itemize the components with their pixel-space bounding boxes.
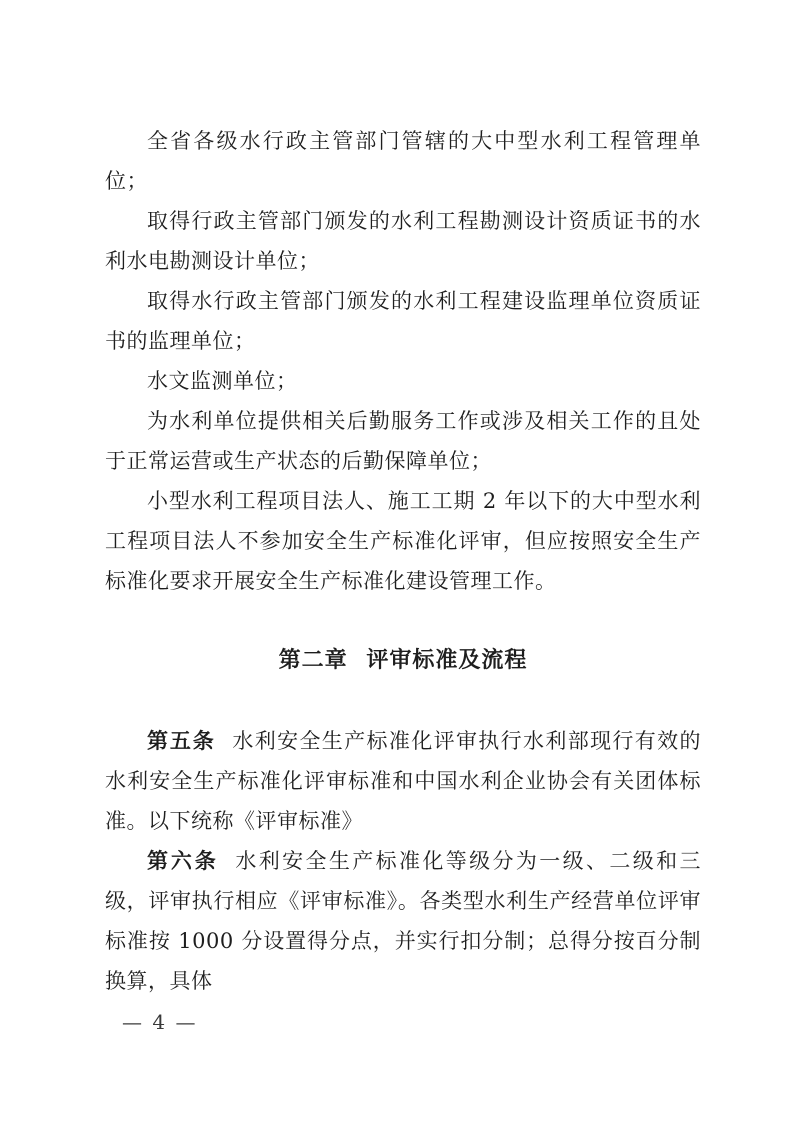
article-label: 第六条: [147, 849, 219, 873]
chapter-heading: 第二章评审标准及流程: [105, 641, 701, 681]
content-area: 全省各级水行政主管部门管辖的大中型水利工程管理单位； 取得行政主管部门颁发的水利…: [105, 121, 701, 1001]
article-label: 第五条: [147, 729, 216, 753]
article-paragraph: 第五条水利安全生产标准化评审执行水利部现行有效的水利安全生产标准化评审标准和中国…: [105, 721, 701, 841]
chapter-number-label: 第二章: [279, 648, 348, 673]
body-paragraph: 取得行政主管部门颁发的水利工程勘测设计资质证书的水利水电勘测设计单位；: [105, 201, 701, 281]
body-paragraph: 水文监测单位；: [105, 361, 701, 401]
body-paragraph: 小型水利工程项目法人、施工工期 2 年以下的大中型水利工程项目法人不参加安全生产…: [105, 481, 701, 601]
body-paragraph: 为水利单位提供相关后勤服务工作或涉及相关工作的且处于正常运营或生产状态的后勤保障…: [105, 401, 701, 481]
body-paragraph: 取得水行政主管部门颁发的水利工程建设监理单位资质证书的监理单位；: [105, 281, 701, 361]
article-paragraph: 第六条水利安全生产标准化等级分为一级、二级和三级，评审执行相应《评审标准》。各类…: [105, 841, 701, 1001]
page-number: — 4 —: [122, 1007, 197, 1037]
body-paragraph: 全省各级水行政主管部门管辖的大中型水利工程管理单位；: [105, 121, 701, 201]
chapter-title: 评审标准及流程: [366, 648, 527, 673]
document-page: 全省各级水行政主管部门管辖的大中型水利工程管理单位； 取得行政主管部门颁发的水利…: [0, 0, 794, 1123]
